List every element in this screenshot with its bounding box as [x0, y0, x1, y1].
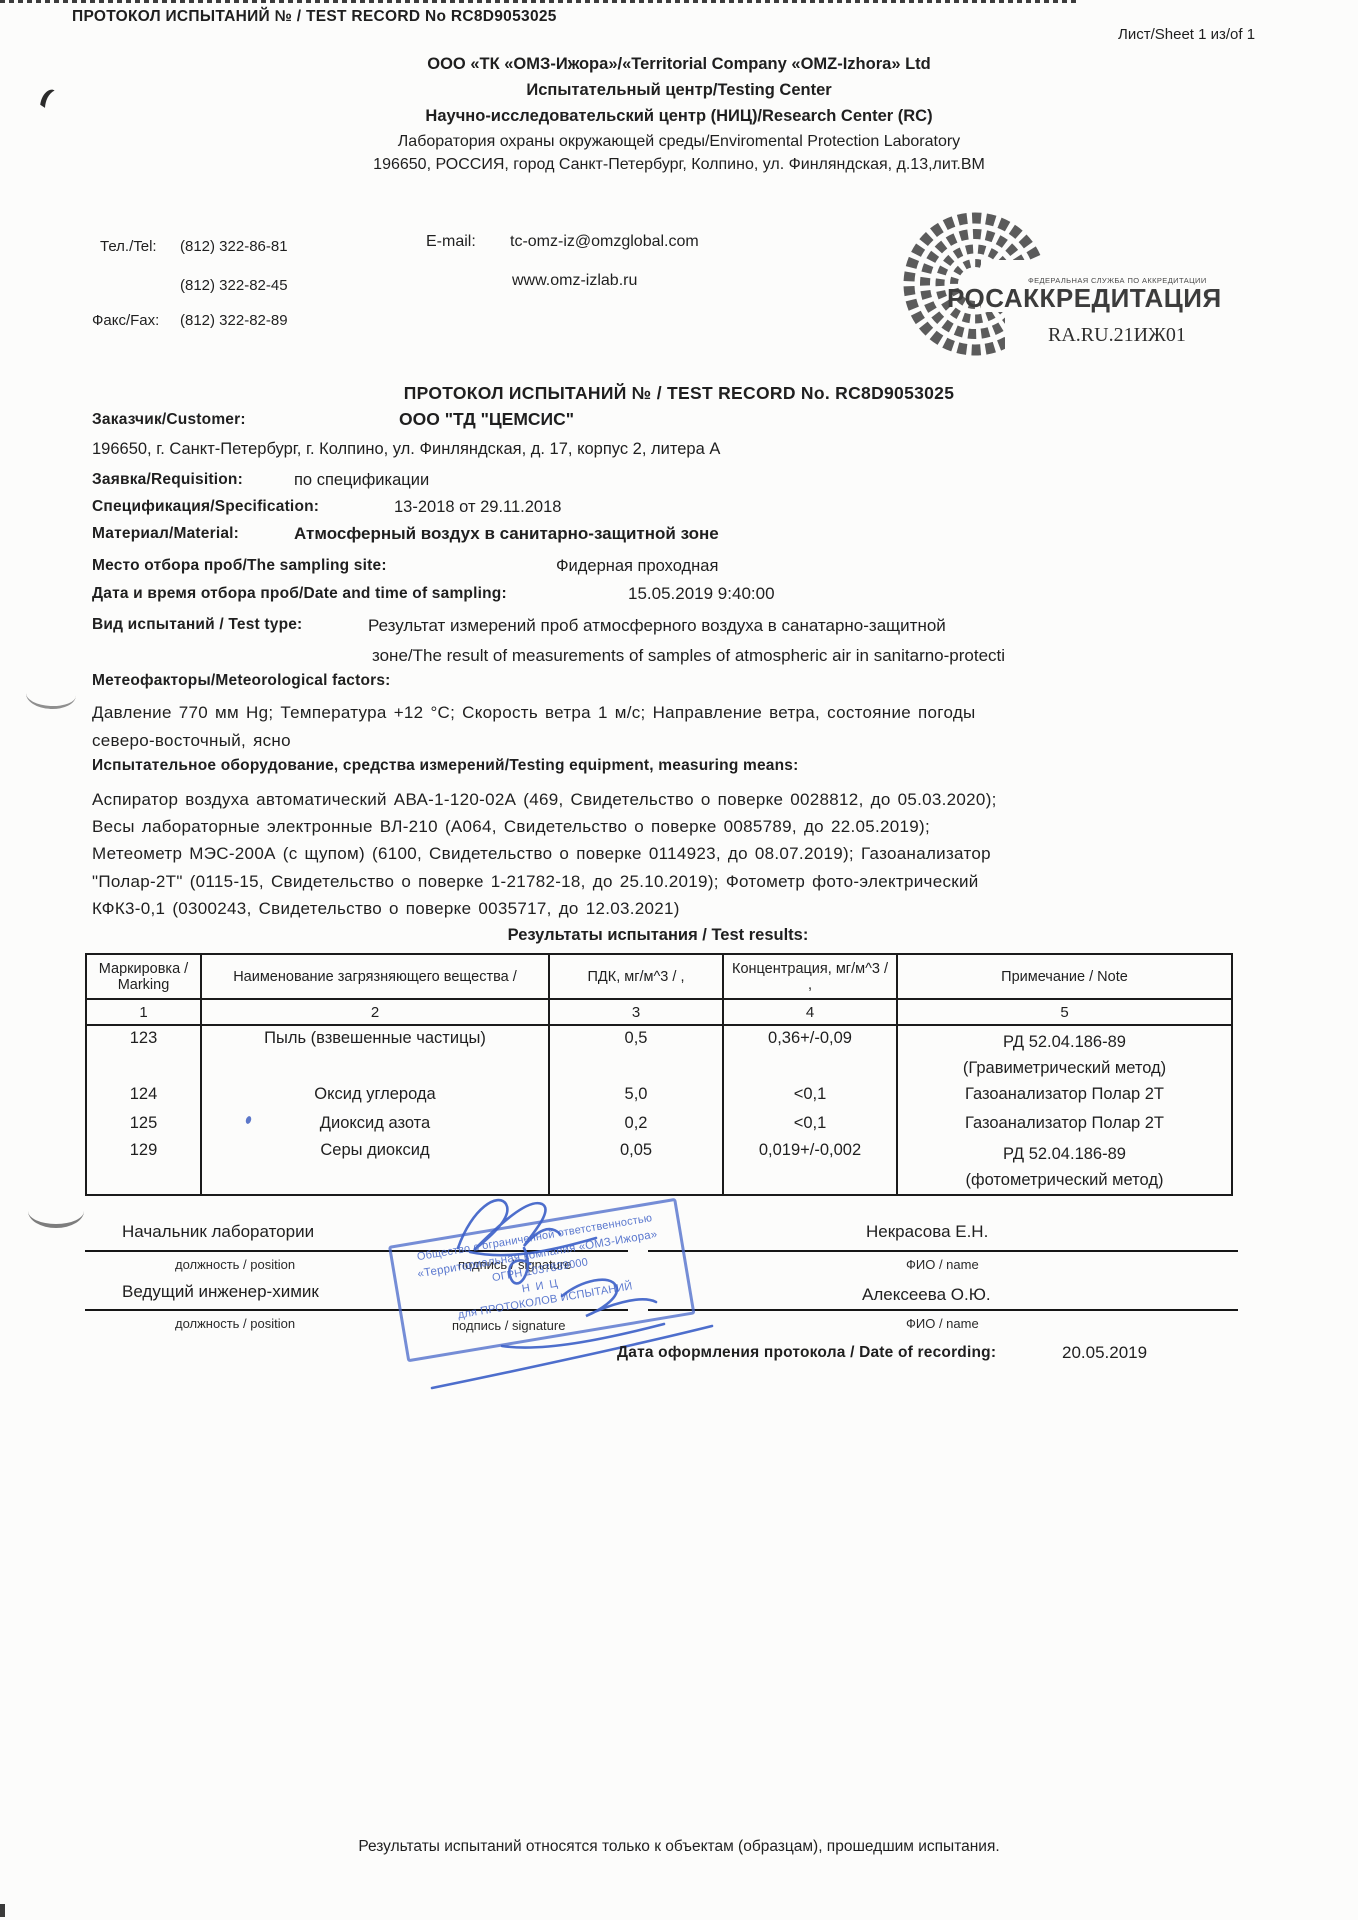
equipment-line: КФК3-0,1 (0300243, Свидетельство о повер… [92, 899, 680, 919]
table-row: 125 Диоксид азота 0,2 <0,1 Газоанализато… [86, 1111, 1232, 1138]
fax-label: Факс/Fax: [92, 312, 159, 329]
org-center-line: Испытательный центр/Testing Center [19, 81, 1339, 100]
cell-note: РД 52.04.186-89 (фотометрический метод) [897, 1138, 1232, 1195]
cell-substance: Пыль (взвешенные частицы) [201, 1025, 549, 1082]
cell-pdk: 0,5 [549, 1025, 723, 1082]
equipment-line: Весы лабораторные электронные ВЛ-210 (А0… [92, 817, 930, 837]
signatory-name-1: Некрасова Е.Н. [866, 1222, 988, 1242]
sheet-indicator: Лист/Sheet 1 из/of 1 [1118, 26, 1255, 43]
note-line: РД 52.04.186-89 [902, 1029, 1227, 1055]
test-type-value-line1: Результат измерений проб атмосферного во… [368, 616, 946, 636]
dashed-separator [0, 0, 1080, 3]
test-type-value-line2: зоне/The result of measurements of sampl… [372, 646, 1005, 666]
recording-date-value: 20.05.2019 [1062, 1343, 1147, 1363]
equipment-line: Метеометр МЭС-200А (с щупом) (6100, Свид… [92, 844, 991, 864]
customer-address: 196650, г. Санкт-Петербург, г. Колпино, … [92, 440, 720, 459]
org-address-line: 196650, РОССИЯ, город Санкт-Петербург, К… [19, 156, 1339, 174]
meteo-label: Метеофакторы/Meteorological factors: [92, 672, 391, 690]
org-laboratory-line: Лаборатория охраны окружающей среды/Envi… [19, 133, 1339, 151]
cell-marking: 124 [86, 1082, 201, 1111]
cell-substance: Диоксид азота [201, 1111, 549, 1138]
handwritten-signature [420, 1180, 750, 1400]
note-line: РД 52.04.186-89 [902, 1141, 1227, 1167]
name-sublabel-2: ФИО / name [906, 1316, 979, 1331]
column-number: 5 [897, 999, 1232, 1025]
meteo-line1: Давление 770 мм Hg; Температура +12 °С; … [92, 703, 976, 723]
cell-concentration: <0,1 [723, 1082, 897, 1111]
column-header-concentration: Концентрация, мг/м^3 / , [723, 954, 897, 999]
scan-edge-artifact [0, 1904, 5, 1917]
position-sublabel-1: должность / position [175, 1257, 295, 1272]
sampling-site-row: Место отбора проб/The sampling site: Фид… [92, 556, 387, 575]
cell-marking: 129 [86, 1138, 201, 1195]
column-header-pdk: ПДК, мг/м^3 / , [549, 954, 723, 999]
tel-number-1: (812) 322-86-81 [180, 238, 288, 255]
specification-value: 13-2018 от 29.11.2018 [394, 498, 561, 517]
column-number: 4 [723, 999, 897, 1025]
column-number: 1 [86, 999, 201, 1025]
scan-arc-artifact [25, 679, 76, 711]
equipment-line: "Полар-2Т" (0115-15, Свидетельство о пов… [92, 872, 979, 892]
accreditation-name: РОСАККРЕДИТАЦИЯ [947, 283, 1222, 314]
results-table: Маркировка / Marking Наименование загряз… [85, 953, 1233, 1196]
name-sublabel-1: ФИО / name [906, 1257, 979, 1272]
customer-label: Заказчик/Customer: [92, 411, 246, 428]
column-number: 3 [549, 999, 723, 1025]
sampling-site-label: Место отбора проб/The sampling site: [92, 557, 387, 574]
accreditation-number: RA.RU.21ИЖ01 [1048, 324, 1186, 347]
equipment-line: Аспиратор воздуха автоматический АВА-1-1… [92, 790, 997, 810]
email-value: tc-omz-iz@omzglobal.com [510, 233, 699, 251]
note-line: (Гравиметрический метод) [902, 1055, 1227, 1081]
org-research-center-line: Научно-исследовательский центр (НИЦ)/Res… [19, 107, 1339, 126]
tel-label: Тел./Tel: [100, 238, 157, 255]
fax-number: (812) 322-82-89 [180, 312, 288, 329]
column-number: 2 [201, 999, 549, 1025]
table-column-number-row: 1 2 3 4 5 [86, 999, 1232, 1025]
signatory-name-2: Алексеева О.Ю. [862, 1285, 991, 1305]
cell-marking: 125 [86, 1111, 201, 1138]
cell-concentration: <0,1 [723, 1111, 897, 1138]
specification-label: Спецификация/Specification: [92, 498, 319, 515]
signatory-position-2: Ведущий инженер-химик [122, 1282, 319, 1302]
requisition-label: Заявка/Requisition: [92, 471, 243, 488]
org-name-line: ООО «ТК «ОМЗ-Ижора»/«Territorial Company… [19, 55, 1339, 74]
sampling-datetime-row: Дата и время отбора проб/Date and time o… [92, 584, 507, 603]
cell-note: Газоанализатор Полар 2Т [897, 1082, 1232, 1111]
record-title: ПРОТОКОЛ ИСПЫТАНИЙ № / TEST RECORD No. R… [19, 383, 1339, 404]
website-value: www.omz-izlab.ru [512, 272, 637, 290]
footer-note: Результаты испытаний относятся только к … [19, 1838, 1339, 1856]
signatory-position-1: Начальник лаборатории [122, 1222, 314, 1242]
specification-row: Спецификация/Specification: 13-2018 от 2… [92, 497, 319, 516]
requisition-row: Заявка/Requisition: по спецификации [92, 470, 243, 489]
cell-pdk: 5,0 [549, 1082, 723, 1111]
page-header-title: ПРОТОКОЛ ИСПЫТАНИЙ № / TEST RECORD No RC… [72, 8, 557, 26]
results-title: Результаты испытания / Test results: [85, 926, 1231, 945]
material-label: Материал/Material: [92, 525, 239, 542]
requisition-value: по спецификации [294, 471, 429, 490]
sampling-site-value: Фидерная проходная [556, 557, 718, 576]
sampling-datetime-value: 15.05.2019 9:40:00 [628, 584, 775, 604]
position-sublabel-2: должность / position [175, 1316, 295, 1331]
cell-note: Газоанализатор Полар 2Т [897, 1111, 1232, 1138]
test-type-label: Вид испытаний / Test type: [92, 616, 302, 633]
note-line: (фотометрический метод) [902, 1167, 1227, 1193]
column-header-marking: Маркировка / Marking [86, 954, 201, 999]
table-row: 123 Пыль (взвешенные частицы) 0,5 0,36+/… [86, 1025, 1232, 1082]
meteo-line2: северо-восточный, ясно [92, 731, 291, 751]
customer-row: Заказчик/Customer: ООО "ТД "ЦЕМСИС" [92, 410, 246, 429]
cell-substance: Оксид углерода [201, 1082, 549, 1111]
table-header-row: Маркировка / Marking Наименование загряз… [86, 954, 1232, 999]
material-value: Атмосферный воздух в санитарно-защитной … [294, 524, 719, 544]
cell-concentration: 0,36+/-0,09 [723, 1025, 897, 1082]
scanned-test-record-page: ПРОТОКОЛ ИСПЫТАНИЙ № / TEST RECORD No RC… [0, 0, 1358, 1920]
material-row: Материал/Material: Атмосферный воздух в … [92, 524, 239, 543]
tel-number-2: (812) 322-82-45 [180, 277, 288, 294]
email-label: E-mail: [426, 233, 476, 251]
test-type-row: Вид испытаний / Test type: Результат изм… [92, 615, 302, 634]
scan-arc-artifact [28, 1194, 84, 1228]
cell-marking: 123 [86, 1025, 201, 1082]
column-header-note: Примечание / Note [897, 954, 1232, 999]
recording-date-label: Дата оформления протокола / Date of reco… [617, 1344, 996, 1362]
cell-pdk: 0,2 [549, 1111, 723, 1138]
customer-value: ООО "ТД "ЦЕМСИС" [399, 409, 574, 430]
column-header-substance: Наименование загрязняющего вещества / [201, 954, 549, 999]
cell-note: РД 52.04.186-89 (Гравиметрический метод) [897, 1025, 1232, 1082]
sampling-datetime-label: Дата и время отбора проб/Date and time o… [92, 585, 507, 602]
equipment-label: Испытательное оборудование, средства изм… [92, 757, 798, 775]
table-row: 124 Оксид углерода 5,0 <0,1 Газоанализат… [86, 1082, 1232, 1111]
